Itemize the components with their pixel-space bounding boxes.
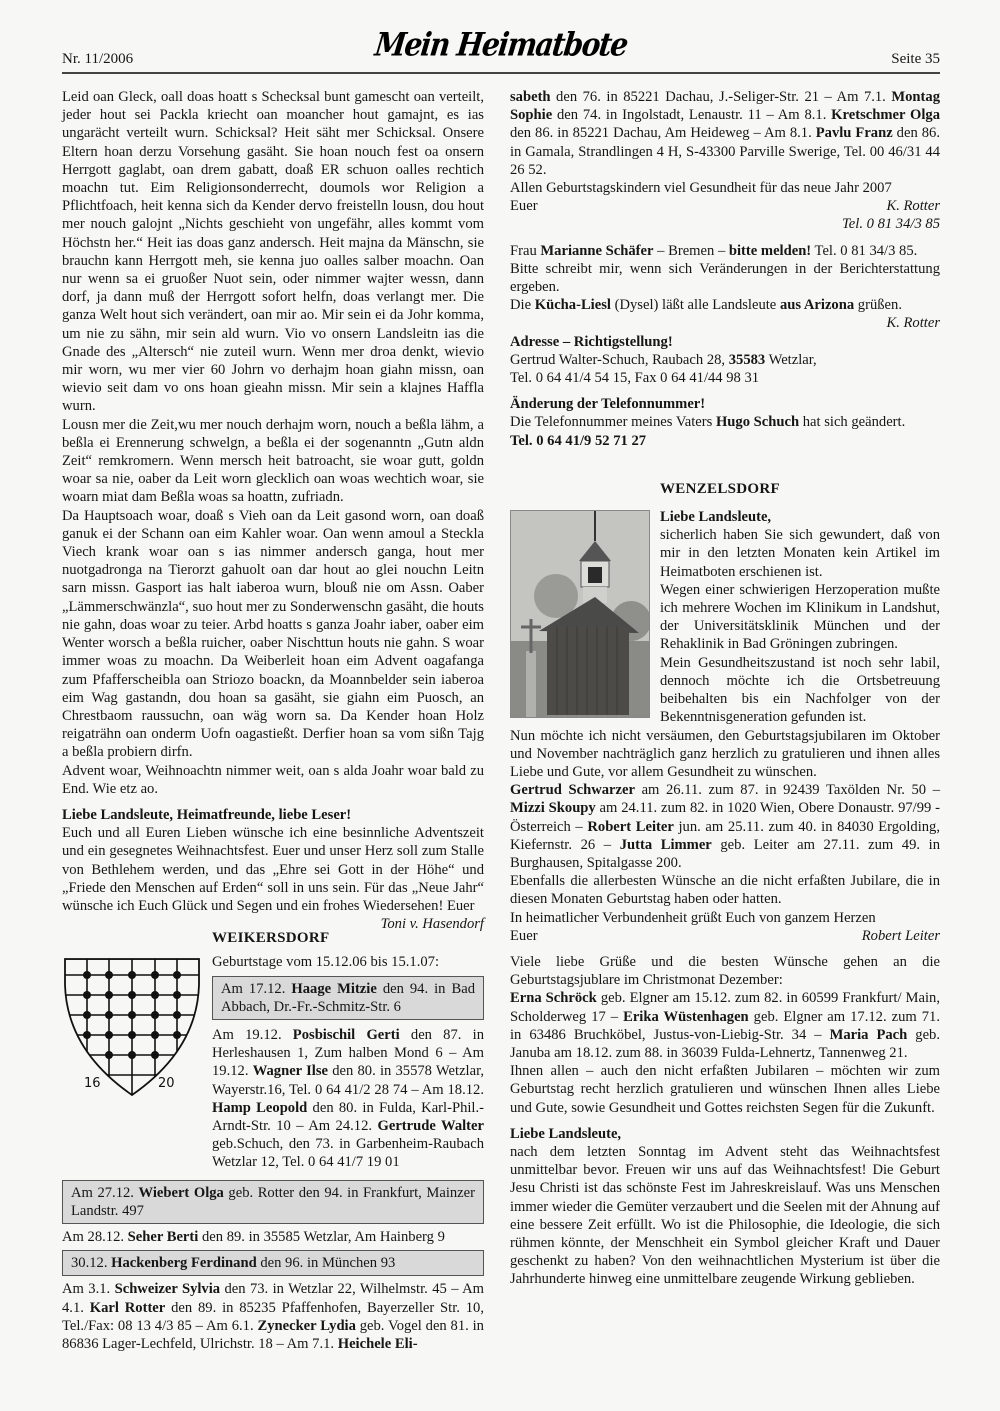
chapel-photo xyxy=(510,510,650,718)
paragraph: sicherlich haben Sie sich gewundert, daß… xyxy=(660,526,940,581)
wishes-text: Allen Geburtstagskindern viel Gesundheit… xyxy=(510,179,940,197)
svg-text:20: 20 xyxy=(158,1076,175,1091)
paragraph: Mein Gesundheitszustand ist noch sehr la… xyxy=(660,654,940,727)
birthday-range: Geburtstage vom 15.12.06 bis 15.1.07: xyxy=(212,953,484,971)
chapel-image-icon xyxy=(511,511,649,717)
address-line: Gertrud Walter-Schuch, Raubach 28, 35583… xyxy=(510,351,940,369)
dialect-paragraph: Lousn mer die Zeit,wu mer nouch derhajm … xyxy=(62,416,484,507)
page-header: Nr. 11/2006 Mein Heimatbote Seite 35 xyxy=(62,28,940,74)
weikersdorf-section: 16 20 WEIKERSDORF Geburtstage vom 15.12.… xyxy=(62,929,484,1171)
dialect-paragraph: Da Hauptsoach woar, doaß s Vieh oan da L… xyxy=(62,507,484,762)
paragraph: Wegen einer schwierigen Herzoperation mu… xyxy=(660,581,940,654)
signature-row: EuerK. Rotter xyxy=(510,197,940,215)
signature-row: EuerRobert Leiter xyxy=(510,927,940,945)
wenzelsdorf-intro: WENZELSDORF Liebe Landsleute, sicherlich… xyxy=(660,480,940,727)
phone-change-text: Die Telefonnummer meines Vaters Hugo Sch… xyxy=(510,413,940,431)
address-heading: Adresse – Richtigstellung! xyxy=(510,333,940,351)
jubilare-list: Gertrud Schwarzer am 26.11. zum 87. in 9… xyxy=(510,781,940,872)
weikersdorf-header: WEIKERSDORF Geburtstage vom 15.12.06 bis… xyxy=(212,929,484,1020)
paragraph: Nun möchte ich nicht versäumen, den Gebu… xyxy=(510,727,940,782)
highlight-box: Am 17.12. Haage Mitzie den 94. in Bad Ab… xyxy=(212,976,484,1020)
person-name: Haage Mitzie xyxy=(291,981,376,997)
svg-text:16: 16 xyxy=(84,1076,101,1091)
highlight-box: 30.12. Hackenberg Ferdinand den 96. in M… xyxy=(62,1250,484,1276)
signature-phone: Tel. 0 81 34/3 85 xyxy=(510,215,940,233)
left-column: Leid oan Gleck, oall doas hoatt s Scheck… xyxy=(62,88,484,1353)
dialect-paragraph: Leid oan Gleck, oall doas hoatt s Scheck… xyxy=(62,88,484,416)
paragraph: Ihnen allen – auch den nicht erfaßten Ju… xyxy=(510,1062,940,1117)
header-rule xyxy=(62,72,940,74)
right-column: sabeth den 76. in 85221 Dachau, J.-Selig… xyxy=(510,88,940,1289)
advent-heading: Liebe Landsleute, xyxy=(510,1125,940,1143)
signature: K. Rotter xyxy=(510,314,940,332)
address-phone: Tel. 0 64 41/4 54 15, Fax 0 64 41/44 98 … xyxy=(510,369,940,387)
paragraph: In heimatlicher Verbundenheit grüßt Euch… xyxy=(510,909,940,927)
birthday-entries: Am 19.12. Posbischil Gerti den 87. in He… xyxy=(212,1026,484,1172)
notice-schaefer: Frau Marianne Schäfer – Bremen – bitte m… xyxy=(510,242,940,260)
highlight-box: Am 27.12. Wiebert Olga geb. Rotter den 9… xyxy=(62,1180,484,1224)
greeting-heading: Liebe Landsleute, Heimatfreunde, liebe L… xyxy=(62,806,484,824)
birthday-entries: Am 3.1. Schweizer Sylvia den 73. in Wetz… xyxy=(62,1280,484,1353)
birthday-entry: Am 28.12. Seher Berti den 89. in 35585 W… xyxy=(62,1228,484,1246)
wenzelsdorf-section: WENZELSDORF Liebe Landsleute, sicherlich… xyxy=(510,480,940,945)
advent-text: nach dem letzten Sonntag im Advent steht… xyxy=(510,1143,940,1289)
phone-change-heading: Änderung der Telefonnummer! xyxy=(510,395,940,413)
newspaper-page: Nr. 11/2006 Mein Heimatbote Seite 35 Lei… xyxy=(0,0,1000,1411)
december-jubilare: Erna Schröck geb. Elgner am 15.12. zum 8… xyxy=(510,989,940,1062)
birthday-entries: sabeth den 76. in 85221 Dachau, J.-Selig… xyxy=(510,88,940,179)
december-intro: Viele liebe Grüße und die besten Wünsche… xyxy=(510,953,940,989)
greeting-text: Euch und all Euren Lieben wünsche ich ei… xyxy=(62,824,484,915)
coat-of-arms-icon: 16 20 xyxy=(62,955,202,1105)
notice-text: Bitte schreibt mir, wenn sich Veränderun… xyxy=(510,260,940,296)
notice-kuecha: Die Kücha-Liesl (Dysel) läßt alle Landsl… xyxy=(510,296,940,314)
new-phone-number: Tel. 0 64 41/9 52 71 27 xyxy=(510,432,940,450)
section-title: WEIKERSDORF xyxy=(212,929,484,947)
masthead-logo: Mein Heimatbote xyxy=(375,28,627,61)
signature: Robert Leiter xyxy=(862,927,940,945)
salutation: Liebe Landsleute, xyxy=(660,508,940,526)
section-title: WENZELSDORF xyxy=(660,480,940,498)
paragraph: Ebenfalls die allerbesten Wünsche an die… xyxy=(510,872,940,908)
dialect-paragraph: Advent woar, Weihnoachtn nimmer weit, oa… xyxy=(62,762,484,798)
issue-number: Nr. 11/2006 xyxy=(62,51,133,68)
page-number: Seite 35 xyxy=(891,51,940,68)
signature: K. Rotter xyxy=(886,197,940,215)
